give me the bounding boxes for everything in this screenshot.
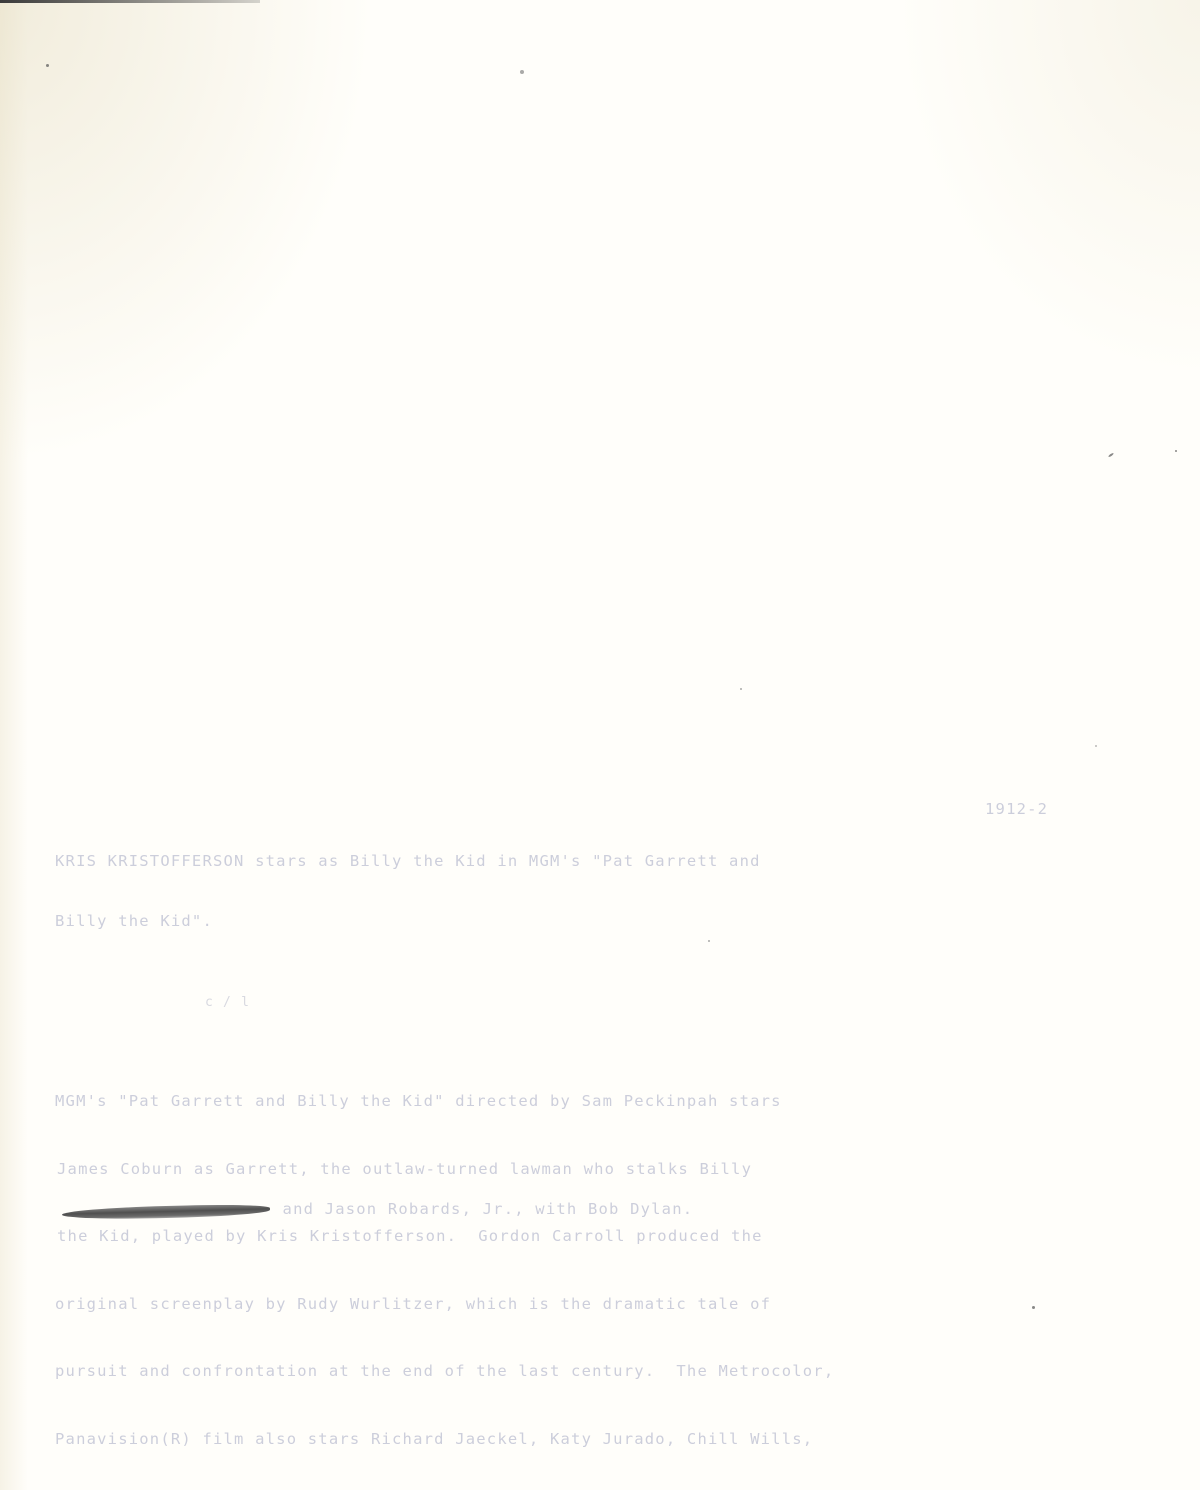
paper-top-edge [0, 0, 260, 3]
paper-speck [708, 940, 710, 942]
caption-line-2: Billy the Kid". [55, 912, 213, 930]
caption-line-1: KRIS KRISTOFFERSON stars as Billy the Ki… [55, 852, 761, 870]
body-line: original screenplay by Rudy Wurlitzer, w… [55, 1293, 834, 1316]
paper-speck [740, 688, 742, 690]
body-line: the Kid, played by Kris Kristofferson. G… [55, 1225, 834, 1248]
body-line: James Coburn as Garrett, the outlaw-turn… [55, 1158, 834, 1181]
paper-speck [46, 64, 49, 67]
body-line: MGM's "Pat Garrett and Billy the Kid" di… [55, 1090, 834, 1113]
paper-speck [1032, 1306, 1035, 1309]
body-line: Panavision(R) film also stars Richard Ja… [55, 1428, 834, 1451]
initials-mark: c / l [205, 995, 250, 1010]
paper-speck [1175, 450, 1177, 452]
reference-number: 1912-2 [985, 800, 1048, 818]
body-final-line: and Jason Robards, Jr., with Bob Dylan. [272, 1200, 693, 1218]
paper-speck [1095, 745, 1097, 747]
body-line: pursuit and confrontation at the end of … [55, 1360, 834, 1383]
body-paragraph: MGM's "Pat Garrett and Billy the Kid" di… [55, 1045, 834, 1473]
paper-speck [520, 70, 524, 74]
